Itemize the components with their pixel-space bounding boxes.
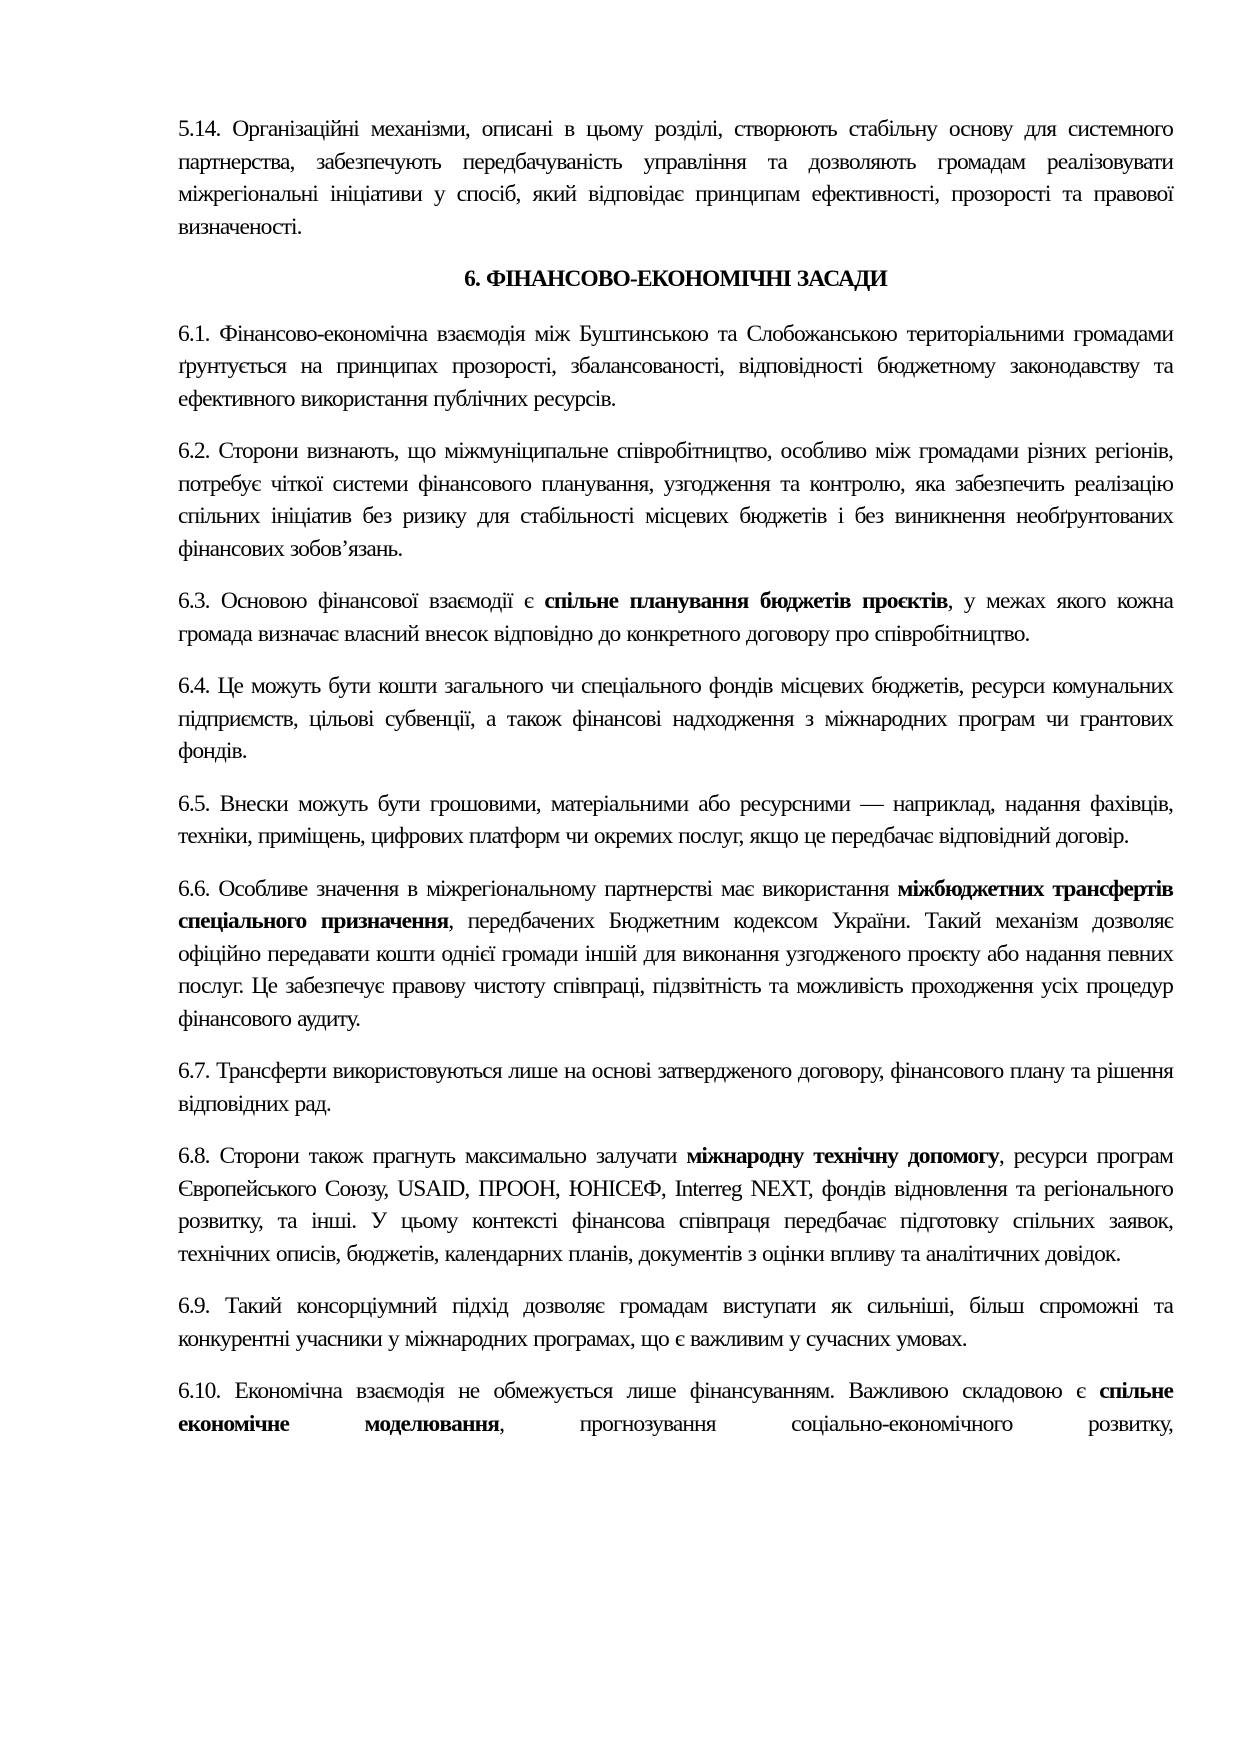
paragraph-6-8: 6.8. Сторони також прагнуть максимально …	[178, 1140, 1173, 1270]
paragraph-text: 6.9. Такий консорціумний підхід дозволяє…	[178, 1293, 1173, 1352]
paragraph-6-6: 6.6. Особливе значення в міжрегіональном…	[178, 873, 1173, 1036]
paragraph-6-4: 6.4. Це можуть бути кошти загального чи …	[178, 670, 1173, 768]
paragraph-text: 6.3. Основою фінансової взаємодії є	[178, 588, 544, 614]
paragraph-6-7: 6.7. Трансферти використовуються лише на…	[178, 1055, 1173, 1120]
paragraph-6-5: 6.5. Внески можуть бути грошовими, матер…	[178, 788, 1173, 853]
paragraph-6-9: 6.9. Такий консорціумний підхід дозволяє…	[178, 1290, 1173, 1355]
paragraph-text: 6.7. Трансферти використовуються лише на…	[178, 1058, 1173, 1117]
paragraph-text: 6.4. Це можуть бути кошти загального чи …	[178, 673, 1173, 764]
paragraph-text: 6.10. Економічна взаємодія не обмежуєтьс…	[178, 1378, 1099, 1404]
paragraph-6-2: 6.2. Сторони визнають, що міжмуніципальн…	[178, 435, 1173, 565]
paragraph-text: 5.14. Організаційні механізми, описані в…	[178, 116, 1173, 240]
document-page: 5.14. Організаційні механізми, описані в…	[178, 113, 1173, 1460]
paragraph-text: , прогнозування соціально-економічного р…	[499, 1411, 1173, 1437]
paragraph-text: 6.8. Сторони також прагнуть максимально …	[178, 1143, 686, 1169]
paragraph-text: 6.2. Сторони визнають, що міжмуніципальн…	[178, 438, 1173, 562]
section-heading: 6. ФІНАНСОВО-ЕКОНОМІЧНІ ЗАСАДИ	[178, 263, 1173, 296]
paragraph-6-10: 6.10. Економічна взаємодія не обмежуєтьс…	[178, 1375, 1173, 1440]
paragraph-5-14: 5.14. Організаційні механізми, описані в…	[178, 113, 1173, 243]
paragraph-text: 6.6. Особливе значення в міжрегіональном…	[178, 876, 897, 902]
paragraph-text: 6.5. Внески можуть бути грошовими, матер…	[178, 791, 1173, 850]
bold-term: міжнародну технічну допомогу	[686, 1143, 999, 1169]
paragraph-6-3: 6.3. Основою фінансової взаємодії є спіл…	[178, 585, 1173, 650]
bold-term: спільне планування бюджетів проєктів	[544, 588, 947, 614]
paragraph-6-1: 6.1. Фінансово-економічна взаємодія між …	[178, 318, 1173, 416]
paragraph-text: 6.1. Фінансово-економічна взаємодія між …	[178, 321, 1173, 412]
